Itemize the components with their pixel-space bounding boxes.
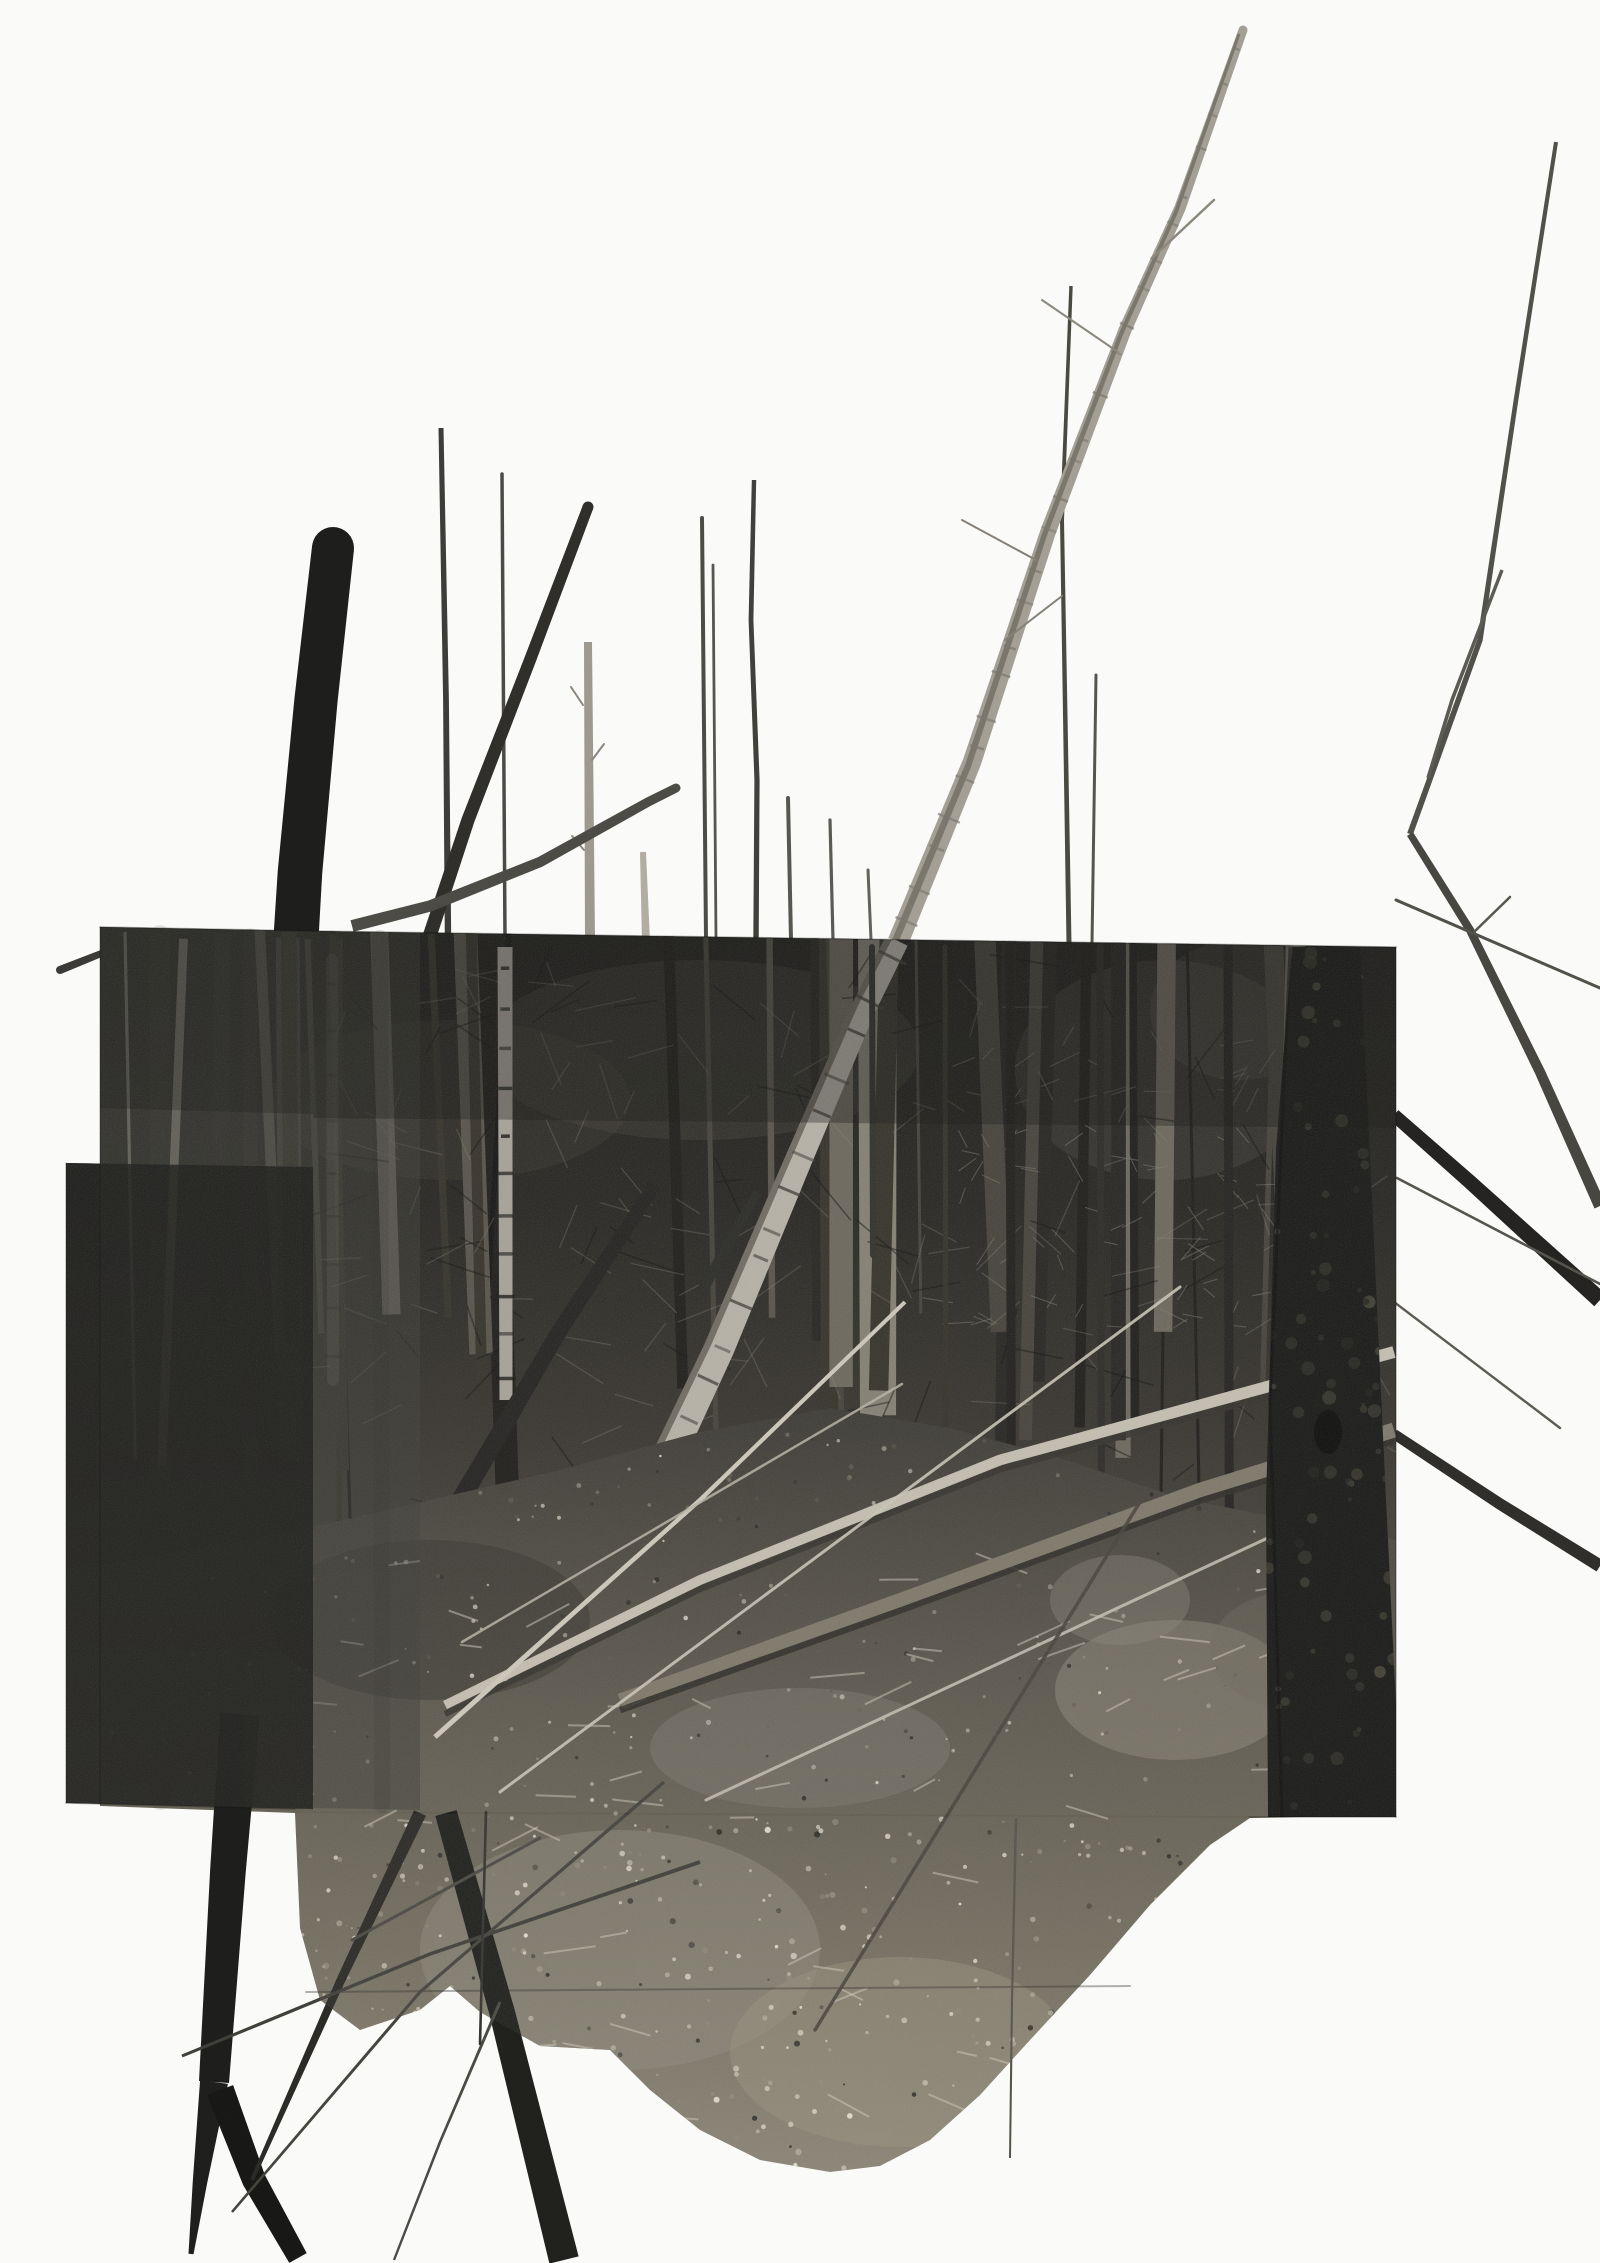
forest-collage-svg [0,0,1600,2263]
forest-collage-figure [0,0,1600,2263]
paper-grain [0,0,1600,2263]
artwork-root [0,0,1600,2263]
